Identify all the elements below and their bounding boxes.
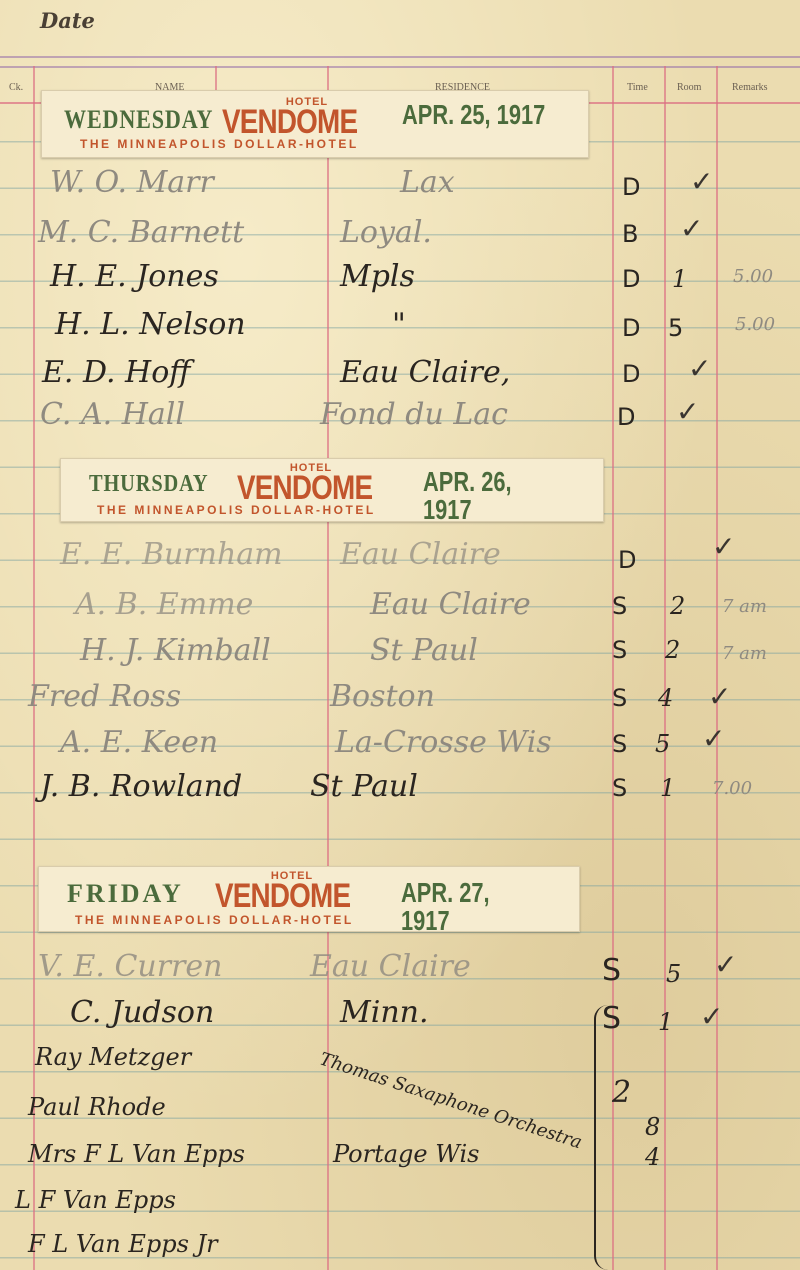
hotel-brand: VENDOME <box>237 471 372 505</box>
guest-name: L F Van Epps <box>15 1188 176 1212</box>
time-code: D <box>622 362 640 386</box>
guest-name: W. O. Marr <box>50 168 214 198</box>
guest-residence: Mpls <box>340 262 415 292</box>
date-label-thursday: THURSDAY HOTEL VENDOME APR. 26, 1917 THE… <box>60 458 604 522</box>
guest-residence: Loyal. <box>340 218 432 248</box>
guest-name: E. E. Burnham <box>60 540 283 570</box>
date-label-wednesday: WEDNESDAY HOTEL VENDOME APR. 25, 1917 TH… <box>41 90 589 158</box>
room-number: 1 <box>672 267 687 291</box>
column-divider <box>327 66 329 1270</box>
time-code: D <box>622 316 640 340</box>
room-number: 5 <box>668 316 683 340</box>
column-header-room: Room <box>677 82 701 93</box>
header-rule <box>0 56 800 58</box>
guest-residence: " <box>392 310 406 340</box>
guest-name: C. A. Hall <box>40 400 185 430</box>
guest-name: Fred Ross <box>28 682 181 712</box>
time-code: D <box>617 405 635 429</box>
guest-residence: Minn. <box>340 998 429 1028</box>
checkmark-icon: ✓ <box>714 948 737 981</box>
guest-name: H. E. Jones <box>50 262 219 292</box>
day-name: THURSDAY <box>89 471 208 498</box>
room-number: 4 <box>658 686 673 710</box>
guest-residence: Boston <box>330 682 435 712</box>
column-header-ck: Ck. <box>9 82 23 93</box>
guest-name: Paul Rhode <box>28 1095 166 1119</box>
guest-name: M. C. Barnett <box>38 218 244 248</box>
label-tagline: THE MINNEAPOLIS DOLLAR-HOTEL <box>80 137 359 151</box>
guest-name: H. L. Nelson <box>55 310 246 340</box>
guest-residence: Eau Claire <box>310 952 471 982</box>
group-room: 8 <box>645 1115 660 1139</box>
time-code: S <box>612 732 627 756</box>
label-date: APR. 27, 1917 <box>401 879 540 935</box>
checkmark-icon: ✓ <box>680 212 703 245</box>
label-date: APR. 26, 1917 <box>423 468 563 524</box>
time-code: D <box>622 175 640 199</box>
time-code: D <box>622 267 640 291</box>
hotel-register-page: Date Ck. NAME RESIDENCE Time Room Remark… <box>0 0 800 1270</box>
guest-name: V. E. Curren <box>38 952 223 982</box>
guest-residence: Lax <box>400 168 455 198</box>
hotel-brand: VENDOME <box>222 105 357 139</box>
day-name: FRIDAY <box>67 879 184 909</box>
guest-residence: La-Crosse Wis <box>335 728 552 758</box>
guest-residence: Eau Claire <box>370 590 531 620</box>
checkmark-icon: ✓ <box>700 1000 723 1033</box>
day-name: WEDNESDAY <box>64 105 213 135</box>
time-code: D <box>618 548 636 572</box>
remarks-note: 7 am <box>722 645 767 663</box>
group-bracket <box>594 1005 620 1270</box>
guest-residence: Portage Wis <box>333 1142 479 1166</box>
room-number: 1 <box>658 1010 673 1034</box>
remarks-amount: 5.00 <box>733 268 773 286</box>
room-number: 5 <box>666 962 681 986</box>
column-divider <box>664 66 666 1270</box>
checkmark-icon: ✓ <box>690 165 713 198</box>
guest-name: F L Van Epps Jr <box>28 1232 218 1256</box>
room-number: 5 <box>655 732 670 756</box>
guest-name: Mrs F L Van Epps <box>28 1142 245 1166</box>
column-divider <box>716 66 718 1270</box>
guest-residence: St Paul <box>310 772 418 802</box>
label-tagline: THE MINNEAPOLIS DOLLAR-HOTEL <box>97 503 376 517</box>
time-code: S <box>612 686 627 710</box>
checkmark-icon: ✓ <box>676 395 699 428</box>
date-heading: Date <box>40 8 95 33</box>
column-header-remarks: Remarks <box>732 82 768 93</box>
guest-name: E. D. Hoff <box>42 358 191 388</box>
guest-residence: Fond du Lac <box>320 400 508 430</box>
guest-name: J. B. Rowland <box>40 772 242 802</box>
time-code: S <box>612 638 627 662</box>
remarks-amount: 7.00 <box>712 780 752 798</box>
time-code: B <box>622 222 638 246</box>
label-tagline: THE MINNEAPOLIS DOLLAR-HOTEL <box>75 913 354 927</box>
checkmark-icon: ✓ <box>702 722 725 755</box>
time-code: S <box>612 776 627 800</box>
checkmark-icon: ✓ <box>708 680 731 713</box>
date-label-friday: FRIDAY HOTEL VENDOME APR. 27, 1917 THE M… <box>38 866 580 932</box>
hotel-brand: VENDOME <box>215 879 350 913</box>
room-number: 2 <box>665 638 680 662</box>
time-code: S <box>612 594 627 618</box>
column-divider <box>33 66 35 1270</box>
guest-name: H. J. Kimball <box>80 636 271 666</box>
guest-name: A. E. Keen <box>60 728 218 758</box>
room-number: 1 <box>660 776 675 800</box>
guest-name: C. Judson <box>70 998 214 1028</box>
guest-residence: Eau Claire, <box>340 358 510 388</box>
column-header-time: Time <box>627 82 648 93</box>
time-code: S <box>602 956 621 986</box>
guest-residence: St Paul <box>370 636 478 666</box>
remarks-amount: 5.00 <box>735 316 775 334</box>
label-date: APR. 25, 1917 <box>402 101 545 129</box>
guest-name: Ray Metzger <box>35 1045 191 1069</box>
guest-residence: Eau Claire <box>340 540 501 570</box>
remarks-note: 7 am <box>722 598 767 616</box>
header-rule <box>0 66 800 68</box>
checkmark-icon: ✓ <box>712 530 735 563</box>
room-number: 2 <box>670 594 685 618</box>
checkmark-icon: ✓ <box>688 352 711 385</box>
guest-name: A. B. Emme <box>75 590 253 620</box>
group-room: 4 <box>645 1145 660 1169</box>
